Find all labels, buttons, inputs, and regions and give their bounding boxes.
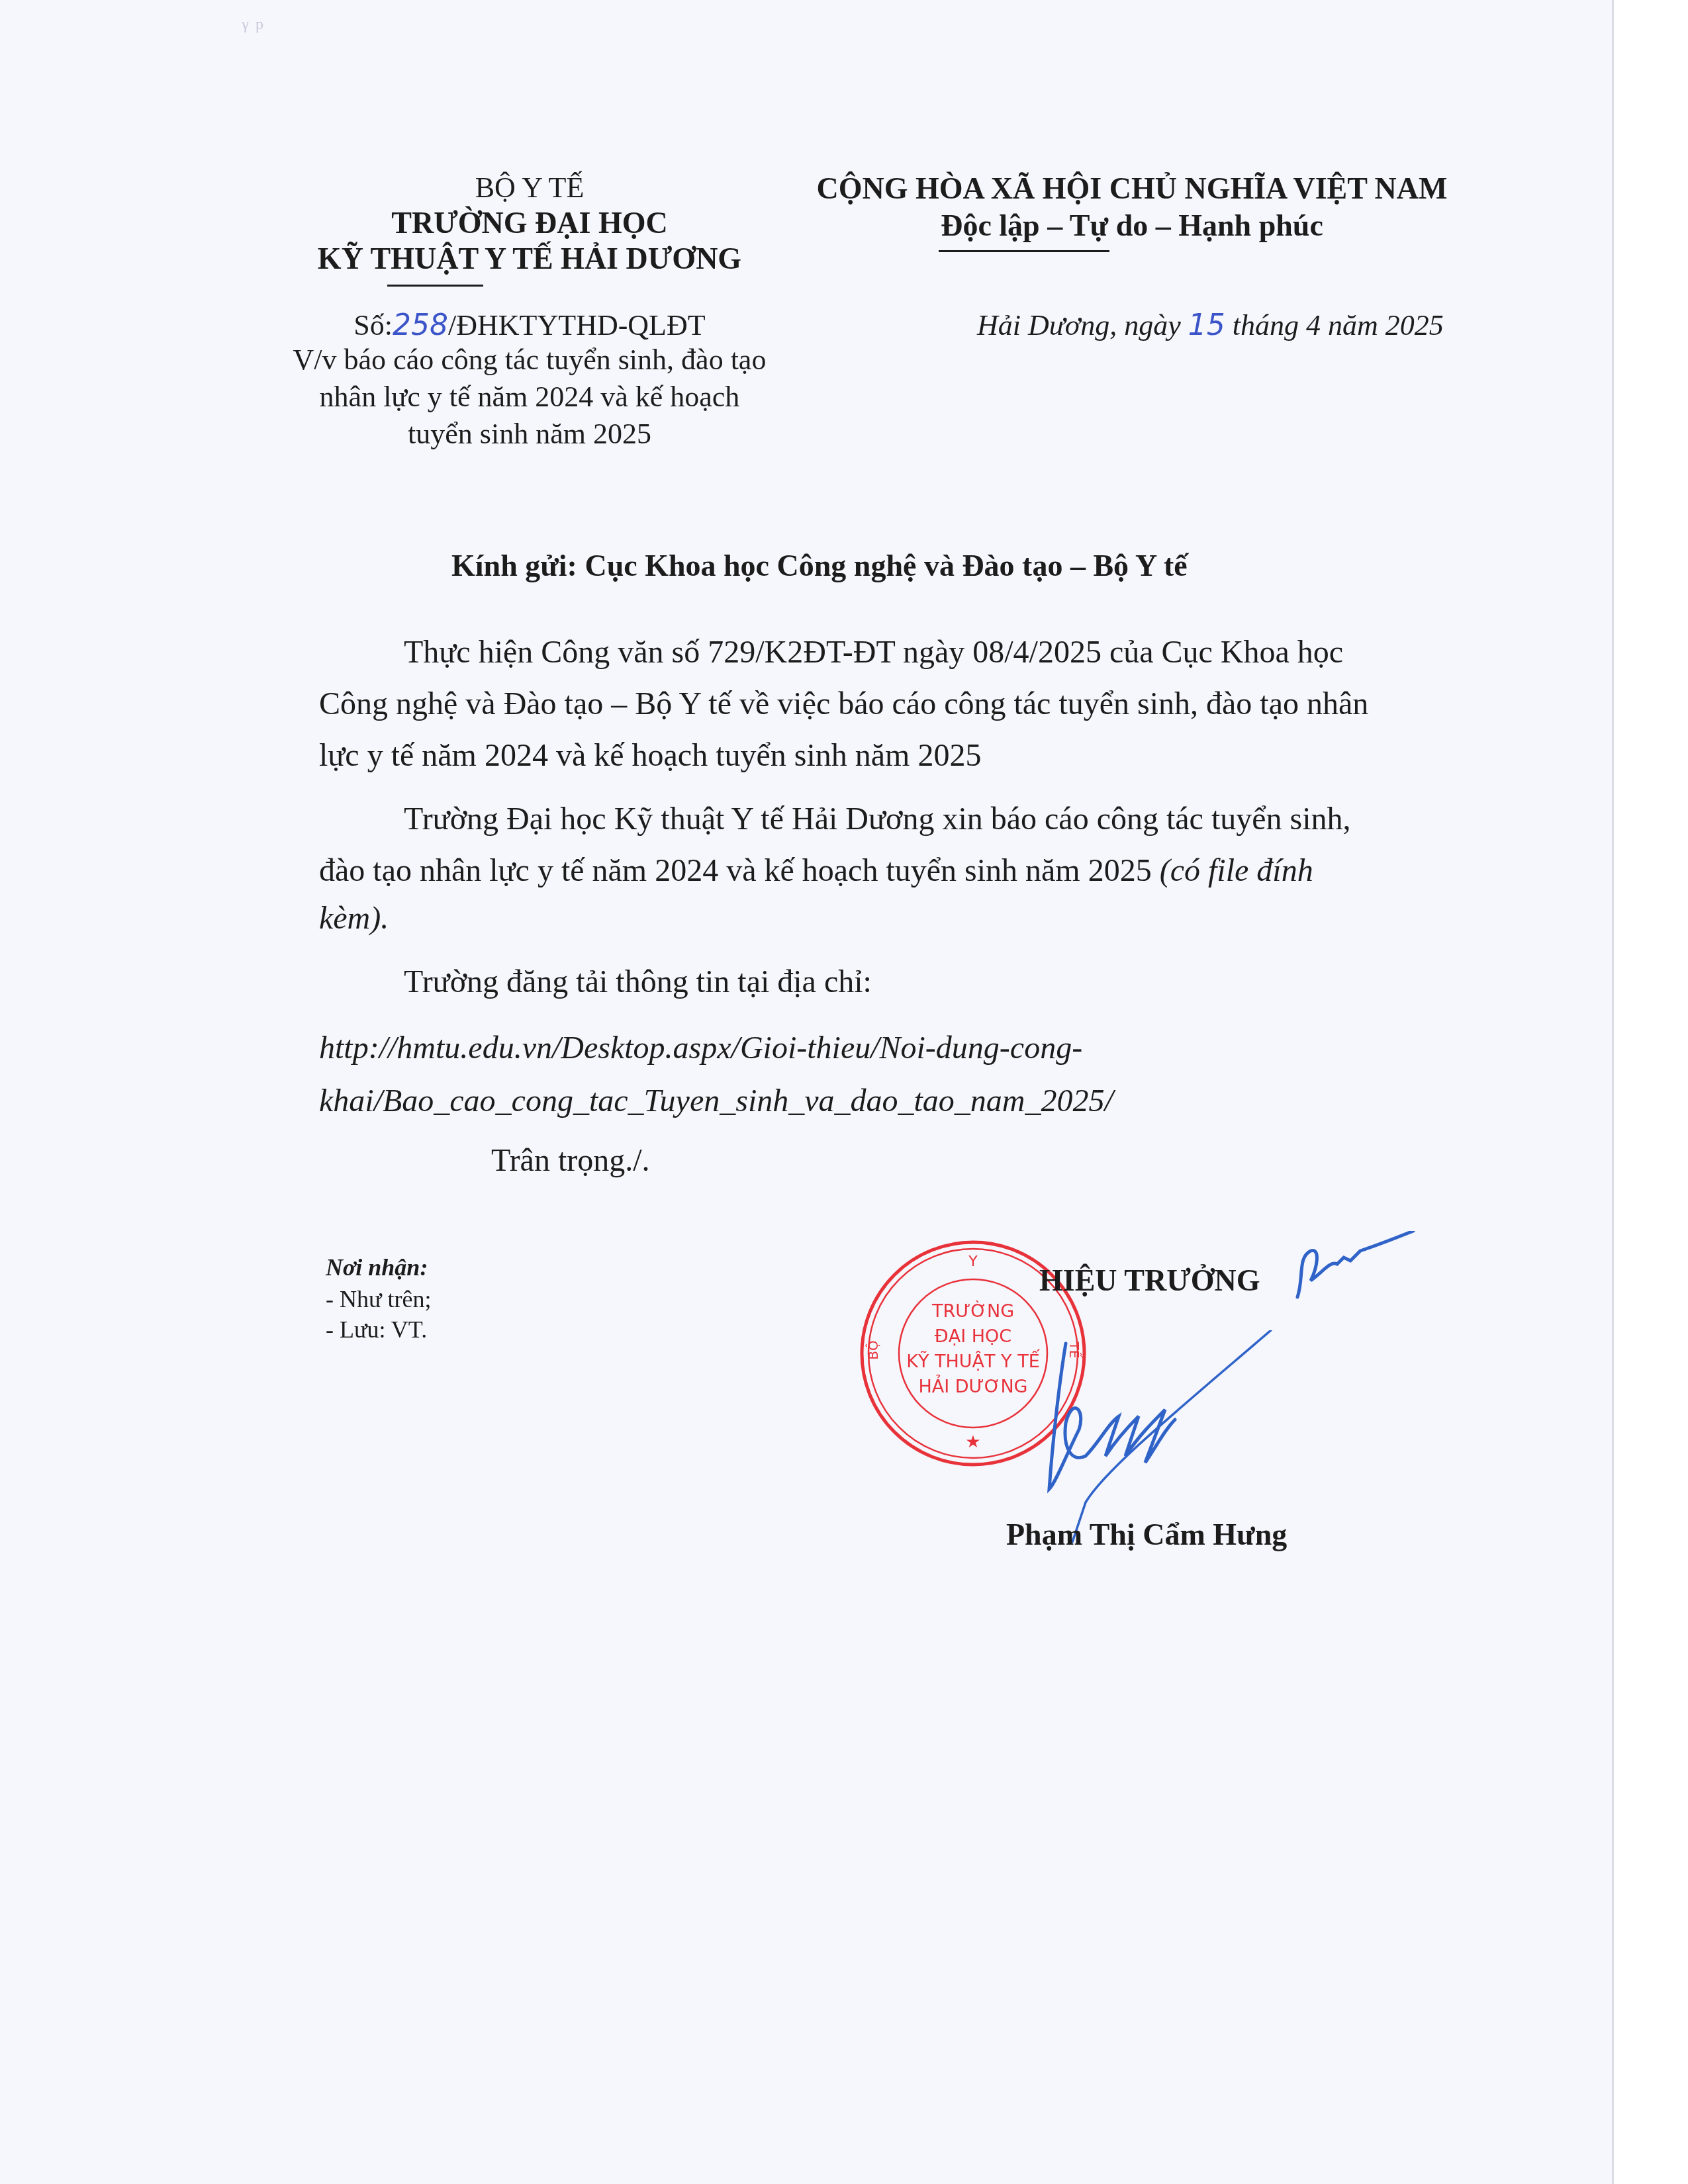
national-motto: Độc lập – Tự do – Hạnh phúc xyxy=(788,208,1476,243)
document-page: ᵞ ᵖ BỘ Y TẾ TRƯỜNG ĐẠI HỌC KỸ THUẬT Y TẾ… xyxy=(0,0,1614,2184)
recipients-title: Nơi nhận: xyxy=(326,1253,428,1281)
place-date: Hải Dương, ngày 15 tháng 4 năm 2025 xyxy=(977,308,1444,342)
handwritten-number: 258 xyxy=(393,308,448,342)
closing: Trân trọng./. xyxy=(491,1142,650,1179)
recipient-line: Kính gửi: Cục Khoa học Công nghệ và Đào … xyxy=(451,548,1188,583)
handwritten-day: 15 xyxy=(1188,308,1225,342)
document-number: Số:258/ĐHKTYTHD-QLĐT xyxy=(291,308,768,342)
recipients-item-1: - Như trên; xyxy=(326,1285,431,1313)
ministry-name: BỘ Y TẾ xyxy=(291,171,768,205)
recipients-item-2: - Lưu: VT. xyxy=(326,1316,427,1343)
url-line-2[interactable]: khai/Bao_cao_cong_tac_Tuyen_sinh_va_dao_… xyxy=(319,1083,1113,1119)
svg-text:Y: Y xyxy=(968,1253,978,1270)
para2-line3: kèm). xyxy=(319,900,389,936)
signature-mark xyxy=(1046,1330,1324,1549)
initials-mark xyxy=(1284,1231,1417,1310)
para2-line1: Trường Đại học Kỹ thuật Y tế Hải Dương x… xyxy=(404,801,1351,837)
subject-line-1: V/v báo cáo công tác tuyển sinh, đào tạo xyxy=(291,343,768,377)
svg-text:★: ★ xyxy=(965,1432,980,1451)
svg-text:ĐẠI HỌC: ĐẠI HỌC xyxy=(935,1326,1011,1347)
subject-line-3: tuyển sinh năm 2025 xyxy=(291,417,768,451)
scan-artifact: ᵞ ᵖ xyxy=(242,12,263,43)
svg-text:HẢI DƯƠNG: HẢI DƯƠNG xyxy=(918,1375,1027,1397)
para2-line2: đào tạo nhân lực y tế năm 2024 và kế hoạ… xyxy=(319,852,1313,889)
svg-text:BỘ: BỘ xyxy=(865,1340,881,1359)
para3: Trường đăng tải thông tin tại địa chỉ: xyxy=(404,964,872,1000)
subject-line-2: nhân lực y tế năm 2024 và kế hoạch xyxy=(291,380,768,414)
motto-underline xyxy=(939,250,1109,252)
header-left-underline xyxy=(387,285,483,287)
para1-line2: Công nghệ và Đào tạo – Bộ Y tế về việc b… xyxy=(319,686,1368,722)
signer-name: Phạm Thị Cẩm Hưng xyxy=(1006,1517,1287,1552)
svg-text:TRƯỜNG: TRƯỜNG xyxy=(931,1300,1014,1322)
school-name-line2: KỸ THUẬT Y TẾ HẢI DƯƠNG xyxy=(291,241,768,276)
school-name-line1: TRƯỜNG ĐẠI HỌC xyxy=(291,205,768,240)
nation-title: CỘNG HÒA XÃ HỘI CHỦ NGHĨA VIỆT NAM xyxy=(788,171,1476,206)
para1-line3: lực y tế năm 2024 và kế hoạch tuyển sinh… xyxy=(319,737,981,774)
signature-title: HIỆU TRƯỞNG xyxy=(1039,1263,1260,1298)
url-line-1[interactable]: http://hmtu.edu.vn/Desktop.aspx/Gioi-thi… xyxy=(319,1030,1082,1066)
svg-text:KỸ THUẬT Y TẾ: KỸ THUẬT Y TẾ xyxy=(906,1349,1040,1372)
para1-line1: Thực hiện Công văn số 729/K2ĐT-ĐT ngày 0… xyxy=(404,634,1343,670)
